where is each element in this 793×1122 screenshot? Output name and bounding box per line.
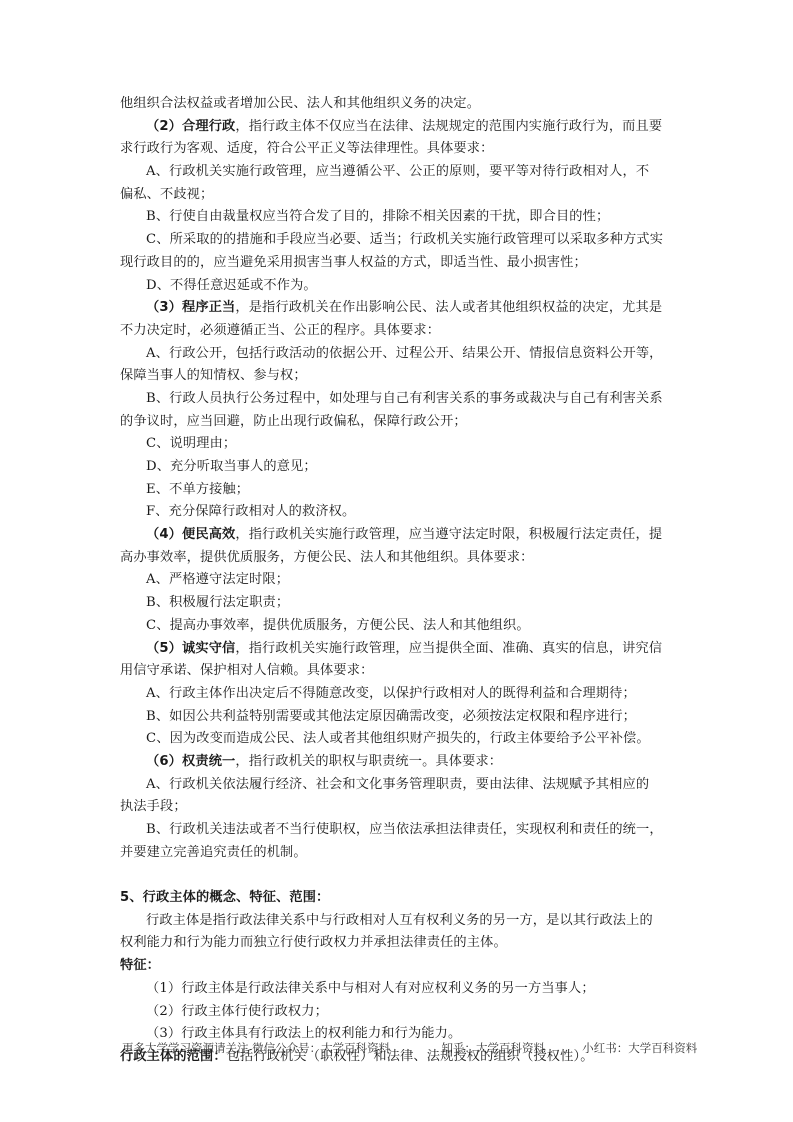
list-item: F、充分保障行政相对人的救济权。 — [120, 501, 676, 524]
text-line: 权利能力和行为能力而独立行使行政权力并承担法律责任的主体。 — [120, 932, 676, 955]
text-line: 偏私、不歧视； — [120, 184, 676, 207]
section-good-faith-heading: （5）诚实守信，指行政机关实施行政管理，应当提供全面、准确、真实的信息，讲究信 — [120, 638, 676, 661]
item-number: （2） — [146, 119, 182, 134]
text-line: 求行政行为客观、适度，符合公平正义等法律理性。具体要求： — [120, 138, 676, 161]
section-due-process-heading: （3）程序正当，是指行政机关在作出影响公民、法人或者其他组织权益的决定，尤其是 — [120, 297, 676, 320]
definition-text: 行政主体是指行政法律关系中与行政相对人互有权利义务的另一方，是以其行政法上的 — [120, 910, 676, 933]
list-item: C、说明理由； — [120, 433, 676, 456]
text-line: 执法手段； — [120, 796, 676, 819]
item-number: （4） — [146, 527, 182, 542]
features-label: 特征： — [120, 955, 676, 978]
footer-xiaohongshu: 小红书：大学百科资料 — [582, 1040, 697, 1056]
section-heading: 5、行政主体的概念、特征、范围： — [120, 887, 676, 910]
item-title: 合理行政 — [182, 119, 235, 134]
list-item: D、充分听取当事人的意见； — [120, 456, 676, 479]
list-item: A、行政主体作出决定后不得随意改变，以保护行政相对人的既得利益和合理期待； — [120, 683, 676, 706]
list-item: A、严格遵守法定时限； — [120, 569, 676, 592]
list-item: C、因为改变而造成公民、法人或者其他组织财产损失的，行政主体要给予公平补偿。 — [120, 728, 676, 751]
list-item: D、不得任意迟延或不作为。 — [120, 275, 676, 298]
feature-item: （2）行政主体行使行政权力； — [120, 1001, 676, 1024]
footer-promo: 更多大学学习资源请关注 微信公众号：大学百科资料 — [122, 1040, 390, 1056]
list-item: C、提高办事效率，提供优质服务，方便公民、法人和其他组织。 — [120, 615, 676, 638]
item-number: （5） — [146, 641, 182, 656]
item-title: 程序正当 — [182, 300, 235, 315]
feature-item: （1）行政主体是行政法律关系中与相对人有对应权利义务的另一方当事人； — [120, 978, 676, 1001]
text-line: 的争议时，应当回避，防止出现行政偏私，保障行政公开； — [120, 411, 676, 434]
section-reasonable-admin-heading: （2）合理行政，指行政主体不仅应当在法律、法规规定的范围内实施行政行为，而且要 — [120, 116, 676, 139]
item-title: 便民高效 — [182, 527, 235, 542]
spacer — [120, 864, 676, 887]
list-item: E、不单方接触； — [120, 479, 676, 502]
list-item: B、积极履行法定职责； — [120, 592, 676, 615]
text-line: 用信守承诺、保护相对人信赖。具体要求： — [120, 660, 676, 683]
list-item: C、所采取的的措施和手段应当必要、适当；行政机关实施行政管理可以采取多种方式实 — [120, 229, 676, 252]
list-item: B、行使自由裁量权应当符合发了目的，排除不相关因素的干扰，即合目的性； — [120, 206, 676, 229]
item-title: 诚实守信 — [182, 641, 235, 656]
text-line: 他组织合法权益或者增加公民、法人和其他组织义务的决定。 — [120, 93, 676, 116]
text-line: 现行政目的的，应当避免采用损害当事人权益的方式，即适当性、最小损害性； — [120, 252, 676, 275]
list-item: B、行政人员执行公务过程中，如处理与自己有利害关系的事务或裁决与自己有利害关系 — [120, 388, 676, 411]
section-power-responsibility-heading: （6）权责统一，指行政机关的职权与职责统一。具体要求： — [120, 751, 676, 774]
text-line: 保障当事人的知情权、参与权； — [120, 365, 676, 388]
list-item: A、行政机关依法履行经济、社会和文化事务管理职责，要由法律、法规赋予其相应的 — [120, 774, 676, 797]
item-number: （6） — [146, 754, 182, 769]
text-line: 高办事效率，提供优质服务，方便公民、法人和其他组织。具体要求： — [120, 547, 676, 570]
text-line: 不力决定时，必须遵循正当、公正的程序。具体要求： — [120, 320, 676, 343]
list-item: B、如因公共利益特别需要或其他法定原因确需改变，必须按法定权限和程序进行； — [120, 706, 676, 729]
list-item: A、行政机关实施行政管理，应当遵循公平、公正的原则，要平等对待行政相对人，不 — [120, 161, 676, 184]
section-convenience-heading: （4）便民高效，指行政机关实施行政管理，应当遵守法定时限，积极履行法定责任，提 — [120, 524, 676, 547]
document-page: 他组织合法权益或者增加公民、法人和其他组织义务的决定。 （2）合理行政，指行政主… — [120, 93, 676, 1069]
item-number: （3） — [146, 300, 182, 315]
page-footer: 更多大学学习资源请关注 微信公众号：大学百科资料 知乎：大学百科资料 小红书：大… — [122, 1040, 682, 1056]
footer-zhihu: 知乎：大学百科资料 — [441, 1040, 545, 1056]
text-line: 并要建立完善追究责任的机制。 — [120, 842, 676, 865]
list-item: B、行政机关违法或者不当行使职权，应当依法承担法律责任，实现权利和责任的统一， — [120, 819, 676, 842]
item-title: 权责统一 — [182, 754, 235, 769]
list-item: A、行政公开，包括行政活动的依据公开、过程公开、结果公开、情报信息资料公开等， — [120, 343, 676, 366]
